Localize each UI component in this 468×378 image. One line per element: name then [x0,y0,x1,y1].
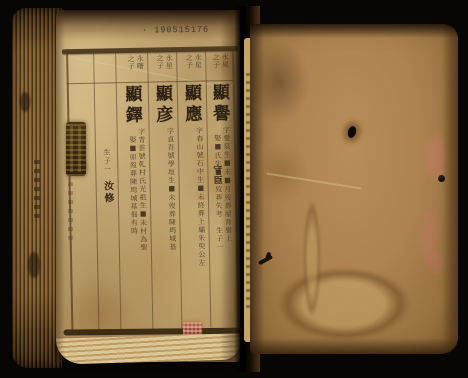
genealogy-grid: 永晁之子 顯譽 字愛泉生■未■月歿葬屋背嶺上 娶■氏生■卯歿葬失考 生子一 守臣… [66,46,240,341]
archive-number-stamp: · 190515176 [142,24,238,37]
page-stack-bottom-edge [56,333,240,364]
page-top-edge-shade [250,24,458,38]
edge-blemish [20,92,30,112]
entry-name: 顯彦 [150,84,176,126]
entry-name: 顯應 [179,84,205,126]
parent-note: 永星之子 [184,54,202,72]
parent-note: 永星之子 [155,54,173,72]
page-left-shadow [56,10,65,362]
entry-child-name: 汝修 [100,180,115,204]
wormhole-spot [347,125,358,139]
water-stain [268,262,420,346]
entry-column-2: 永星之子 顯應 字春山號石中生■未終葬上壩朱臾公左 [176,47,211,340]
entry-details: 字春山號石中生■未終葬上壩朱臾公左 [195,127,208,332]
photograph-background: 永晁之子 顯譽 字愛泉生■未■月歿葬屋背嶺上 娶■氏生■卯歿葬失考 生子一 守臣… [0,0,468,378]
right-page-blank [250,24,458,354]
water-stain-drip [302,192,322,326]
edge-blemish [28,252,40,278]
entry-name: 顯鐸 [119,85,145,127]
entry-column-3: 永星之子 顯彦 字貞吾號學垣生■未歿葬陳塆城基 [147,47,182,340]
seal-texture [70,126,73,172]
parent-note: 永曙之子 [126,55,144,73]
red-smudge [428,252,442,274]
left-page: 永晁之子 顯譽 字愛泉生■未■月歿葬屋背嶺上 娶■氏生■卯歿葬失考 生子一 守臣… [56,10,240,362]
seal-texture [78,126,81,172]
page-right-edge-shade [442,24,458,354]
surface-scratch [266,173,361,190]
page-bottom-edge-shade [250,338,458,354]
entry-details: 字貞吾號學垣生■未歿葬陳塆城基 [166,127,179,332]
entry-column-4: 永曙之子 顯鐸 字青雲號乹村氏光祖生■未村為聖 娶■卯歿葬陳塆城基佃有時 [115,48,153,341]
edge-bleed-marks [34,158,40,218]
library-collection-seal [66,122,86,176]
ink-bleed-marks [68,182,73,240]
gutter-shadow [250,24,264,354]
